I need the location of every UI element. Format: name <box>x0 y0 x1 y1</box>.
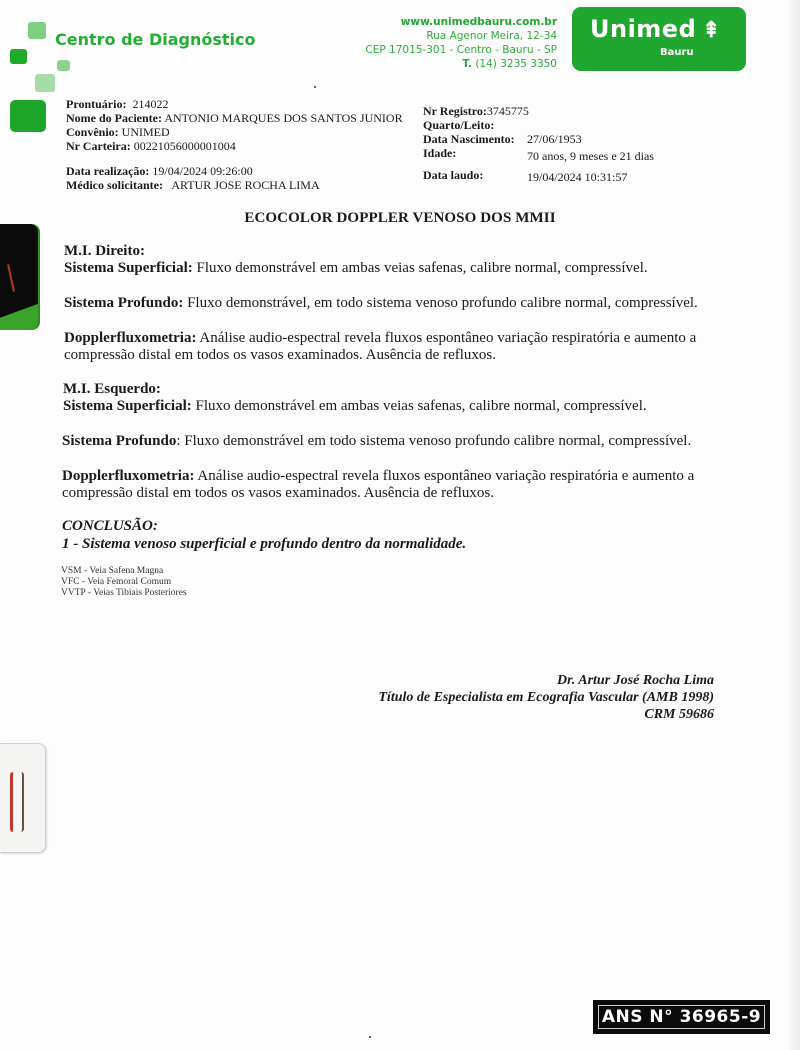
brand-title: Centro de Diagnóstico <box>55 30 256 49</box>
patient-name-value: ANTONIO MARQUES DOS SANTOS JUNIOR <box>164 111 402 125</box>
carteira-value: 00221056000001004 <box>134 139 236 153</box>
profundo-text: Fluxo demonstrável, em todo sistema veno… <box>183 295 697 311</box>
handwritten-mark-icon <box>10 772 24 832</box>
prontuario-row: Prontuário: 214022 <box>66 97 403 111</box>
logo-square-icon <box>35 74 55 92</box>
abbreviations-list: VSM - Veia Safena Magna VFC - Veia Femor… <box>61 566 187 599</box>
convenio-label: Convênio: <box>66 125 119 139</box>
abbreviation-item: VFC - Veia Femoral Comum <box>61 577 187 588</box>
prontuario-label: Prontuário: <box>66 97 126 111</box>
conclusion-item: 1 - Sistema venoso superficial e profund… <box>62 535 466 553</box>
nascimento-value: 27/06/1953 <box>527 132 582 146</box>
registro-row: Nr Registro:3745775 <box>423 104 654 118</box>
data-realizacao-value: 19/04/2024 09:26:00 <box>152 164 252 178</box>
ans-number: ANS N° 36965-9 <box>598 1005 765 1029</box>
convenio-value: UNIMED <box>122 125 170 139</box>
doppler-label: Dopplerfluxometria: <box>64 330 196 346</box>
logo-square-icon <box>28 22 46 39</box>
conclusion: CONCLUSÃO: 1 - Sistema venoso superficia… <box>62 517 466 553</box>
report-title: ECOCOLOR DOPPLER VENOSO DOS MMII <box>0 210 800 227</box>
left-doppler: Dopplerfluxometria: Análise audio-espect… <box>62 468 702 502</box>
phone-label: T. <box>462 58 472 70</box>
medico-value: ARTUR JOSE ROCHA LIMA <box>171 178 319 192</box>
profundo-label: Sistema Profundo <box>62 433 176 449</box>
logo-square-icon <box>10 100 46 132</box>
right-profundo: Sistema Profundo: Fluxo demonstrável, em… <box>64 295 724 312</box>
carteira-row: Nr Carteira: 00221056000001004 <box>66 139 403 153</box>
exam-info-left: Data realização: 19/04/2024 09:26:00 Méd… <box>66 164 320 192</box>
section-left-leg: M.I. Esquerdo: Sistema Superficial: Flux… <box>63 381 723 415</box>
profundo-label: Sistema Profundo: <box>64 295 183 311</box>
registro-value: 3745775 <box>487 104 529 118</box>
nascimento-row: Data Nascimento:27/06/1953 <box>423 132 654 146</box>
logo-city: Bauru <box>660 47 694 58</box>
right-superficial: Sistema Superficial: Fluxo demonstrável … <box>64 260 724 277</box>
data-laudo-value: 19/04/2024 10:31:57 <box>527 170 627 184</box>
contact-block: www.unimedbauru.com.br Rua Agenor Meira,… <box>365 15 557 71</box>
ans-badge: ANS N° 36965-9 <box>594 1001 769 1033</box>
superficial-label: Sistema Superficial: <box>63 398 192 414</box>
doctor-title: Título de Especialista em Ecografia Vasc… <box>378 689 714 706</box>
conclusion-heading: CONCLUSÃO: <box>62 517 466 535</box>
abbreviation-item: VSM - Veia Safena Magna <box>61 566 187 577</box>
idade-row: Idade:70 anos, 9 meses e 21 dias <box>423 146 654 160</box>
carteira-label: Nr Carteira: <box>66 139 131 153</box>
medico-row: Médico solicitante: ARTUR JOSE ROCHA LIM… <box>66 178 320 192</box>
abbreviation-item: VVTP - Veias Tibiais Posteriores <box>61 588 187 599</box>
phone: T. (14) 3235 3350 <box>365 57 557 71</box>
quarto-row: Quarto/Leito: <box>423 118 654 132</box>
patient-info-left: Prontuário: 214022 Nome do Paciente: ANT… <box>66 97 403 153</box>
profundo-text: : Fluxo demonstrável em todo sistema ven… <box>176 433 691 449</box>
logo-name: Unimed <box>590 15 696 43</box>
speck <box>314 86 316 88</box>
unimed-tree-icon: ⇞ <box>702 17 720 43</box>
logo-square-icon <box>57 60 70 71</box>
idade-label: Idade: <box>423 146 527 160</box>
patient-info-right: Nr Registro:3745775 Quarto/Leito: Data N… <box>423 104 654 182</box>
report-page: Centro de Diagnóstico www.unimedbauru.co… <box>0 0 800 1050</box>
binder-tab-black <box>0 224 38 330</box>
doctor-crm: CRM 59686 <box>378 706 714 723</box>
left-leg-heading: M.I. Esquerdo: <box>63 381 723 398</box>
binder-tab-white <box>0 743 46 853</box>
registro-label: Nr Registro: <box>423 104 487 118</box>
nascimento-label: Data Nascimento: <box>423 132 527 146</box>
tab-mark <box>7 264 15 292</box>
patient-name-label: Nome do Paciente: <box>66 111 162 125</box>
page-edge-shadow <box>788 0 800 1050</box>
left-profundo: Sistema Profundo: Fluxo demonstrável em … <box>62 433 722 450</box>
quarto-label: Quarto/Leito: <box>423 118 494 132</box>
address: Rua Agenor Meira, 12-34 <box>365 29 557 43</box>
signature-block: Dr. Artur José Rocha Lima Título de Espe… <box>378 672 714 723</box>
phone-number: (14) 3235 3350 <box>475 58 557 70</box>
website-link[interactable]: www.unimedbauru.com.br <box>365 15 557 29</box>
doppler-label: Dopplerfluxometria: <box>62 468 194 484</box>
data-laudo-label: Data laudo: <box>423 168 527 182</box>
superficial-label: Sistema Superficial: <box>64 260 193 276</box>
idade-value: 70 anos, 9 meses e 21 dias <box>527 149 654 163</box>
superficial-text: Fluxo demonstrável em ambas veias safena… <box>193 260 648 276</box>
patient-name-row: Nome do Paciente: ANTONIO MARQUES DOS SA… <box>66 111 403 125</box>
prontuario-value: 214022 <box>132 97 168 111</box>
tab-green-corner <box>0 300 38 330</box>
data-laudo-row: Data laudo:19/04/2024 10:31:57 <box>423 168 654 182</box>
cep-line: CEP 17015-301 - Centro - Bauru - SP <box>365 43 557 57</box>
right-doppler: Dopplerfluxometria: Análise audio-espect… <box>64 330 704 364</box>
doctor-name: Dr. Artur José Rocha Lima <box>378 672 714 689</box>
right-leg-heading: M.I. Direito: <box>64 243 724 260</box>
logo-square-icon <box>10 49 27 64</box>
section-right-leg: M.I. Direito: Sistema Superficial: Fluxo… <box>64 243 724 277</box>
convenio-row: Convênio: UNIMED <box>66 125 403 139</box>
unimed-logo: Unimed ⇞ Bauru <box>572 7 746 71</box>
data-realizacao-label: Data realização: <box>66 164 149 178</box>
data-realizacao-row: Data realização: 19/04/2024 09:26:00 <box>66 164 320 178</box>
superficial-text: Fluxo demonstrável em ambas veias safena… <box>192 398 647 414</box>
left-superficial: Sistema Superficial: Fluxo demonstrável … <box>63 398 723 415</box>
medico-label: Médico solicitante: <box>66 178 163 192</box>
speck <box>369 1036 371 1038</box>
